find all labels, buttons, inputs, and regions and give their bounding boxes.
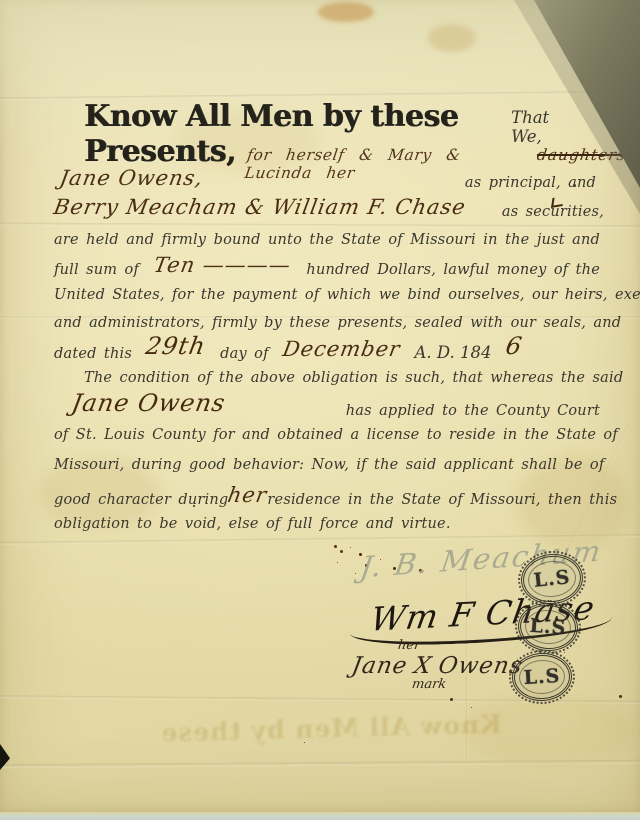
text-segment: Missouri, during good behavior: Now, if … xyxy=(54,456,600,476)
text-segment: her xyxy=(226,483,269,507)
line-date: dated this29thday ofDecemberA. D. 1846 xyxy=(54,336,522,365)
text-segment: and administrators, firmly by these pres… xyxy=(54,314,600,334)
line-condition: The condition of the above obligation is… xyxy=(84,369,600,389)
line-character: good character duringherresidence in the… xyxy=(54,485,600,511)
seal-label: L.S xyxy=(529,615,567,640)
fold-crease xyxy=(0,223,640,229)
text-segment: of St. Louis County for and obtained a l… xyxy=(54,426,600,446)
ls-seal-owens: L.S xyxy=(511,651,573,702)
owens-first: Jane xyxy=(350,653,410,679)
text-segment: are held and firmly bound unto the State… xyxy=(54,231,600,251)
line-behavior: Missouri, during good behavior: Now, if … xyxy=(54,456,600,476)
ls-seal-chase: L.S xyxy=(516,601,579,653)
her-label: her xyxy=(397,638,524,653)
line-applicant: Jane Owenshas applied to the County Cour… xyxy=(72,393,600,422)
text-segment: 29th xyxy=(144,332,209,360)
line-principal: Jane Owens,as principal, and xyxy=(60,168,596,194)
text-segment: Berry Meacham & William F. Chase xyxy=(52,195,468,219)
bleedthrough-ghost-text: Know All Men by these xyxy=(142,709,521,748)
text-segment: full sum of xyxy=(54,261,139,281)
line-securities: Berry Meacham & William F. Chaseas secur… xyxy=(54,197,604,223)
text-segment: hundred Dollars, lawful money of the xyxy=(306,261,600,281)
text-segment: as principal, and xyxy=(465,174,596,194)
title-suffix-that-we: That We, xyxy=(511,108,570,146)
ink-speck-cluster xyxy=(450,698,453,701)
mark-label: mark xyxy=(411,677,524,692)
owens-name-row: Jane X Owens xyxy=(350,653,525,679)
signature-owens: her Jane X Owens mark xyxy=(352,638,523,692)
text-segment: Jane Owens, xyxy=(58,166,205,190)
text-segment: December xyxy=(281,337,403,361)
text-segment: 6 xyxy=(503,332,524,360)
scanned-document: Know All Men by these Presents, That We,… xyxy=(0,0,640,820)
seal-label: L.S xyxy=(523,665,561,689)
seal-label: L.S xyxy=(533,566,572,592)
stain xyxy=(318,2,374,22)
text-segment: A. D. 184 xyxy=(414,343,491,362)
stain xyxy=(428,24,476,52)
ink-speck-cluster xyxy=(334,545,337,548)
line-sum: full sum ofTen ————hundred Dollars, lawf… xyxy=(54,255,600,281)
text-segment: residence in the State of Missouri, then… xyxy=(267,491,617,511)
text-segment: Ten ———— xyxy=(152,253,293,277)
line-bound: are held and firmly bound unto the State… xyxy=(54,231,600,251)
line-united-states: United States, for the payment of which … xyxy=(54,286,600,306)
backing-strip xyxy=(0,812,640,820)
paper-sheet: Know All Men by these Presents, That We,… xyxy=(0,0,640,812)
text-segment: dated this xyxy=(54,345,132,365)
text-segment: United States, for the payment of which … xyxy=(54,286,600,306)
text-segment: Jane Owens xyxy=(70,389,228,417)
text-segment: obligation to be void, else of full forc… xyxy=(54,515,430,535)
line-administrators: and administrators, firmly by these pres… xyxy=(54,314,600,334)
line-closing: obligation to be void, else of full forc… xyxy=(54,515,430,535)
text-segment: as securities, xyxy=(502,203,604,223)
text-segment: has applied to the County Court xyxy=(346,402,600,422)
text-segment: day of xyxy=(220,345,269,365)
text-segment: The condition of the above obligation is… xyxy=(84,369,600,389)
text-segment: good character during xyxy=(54,491,228,511)
line-county: of St. Louis County for and obtained a l… xyxy=(54,426,600,446)
owens-cross-mark: X xyxy=(412,653,434,679)
